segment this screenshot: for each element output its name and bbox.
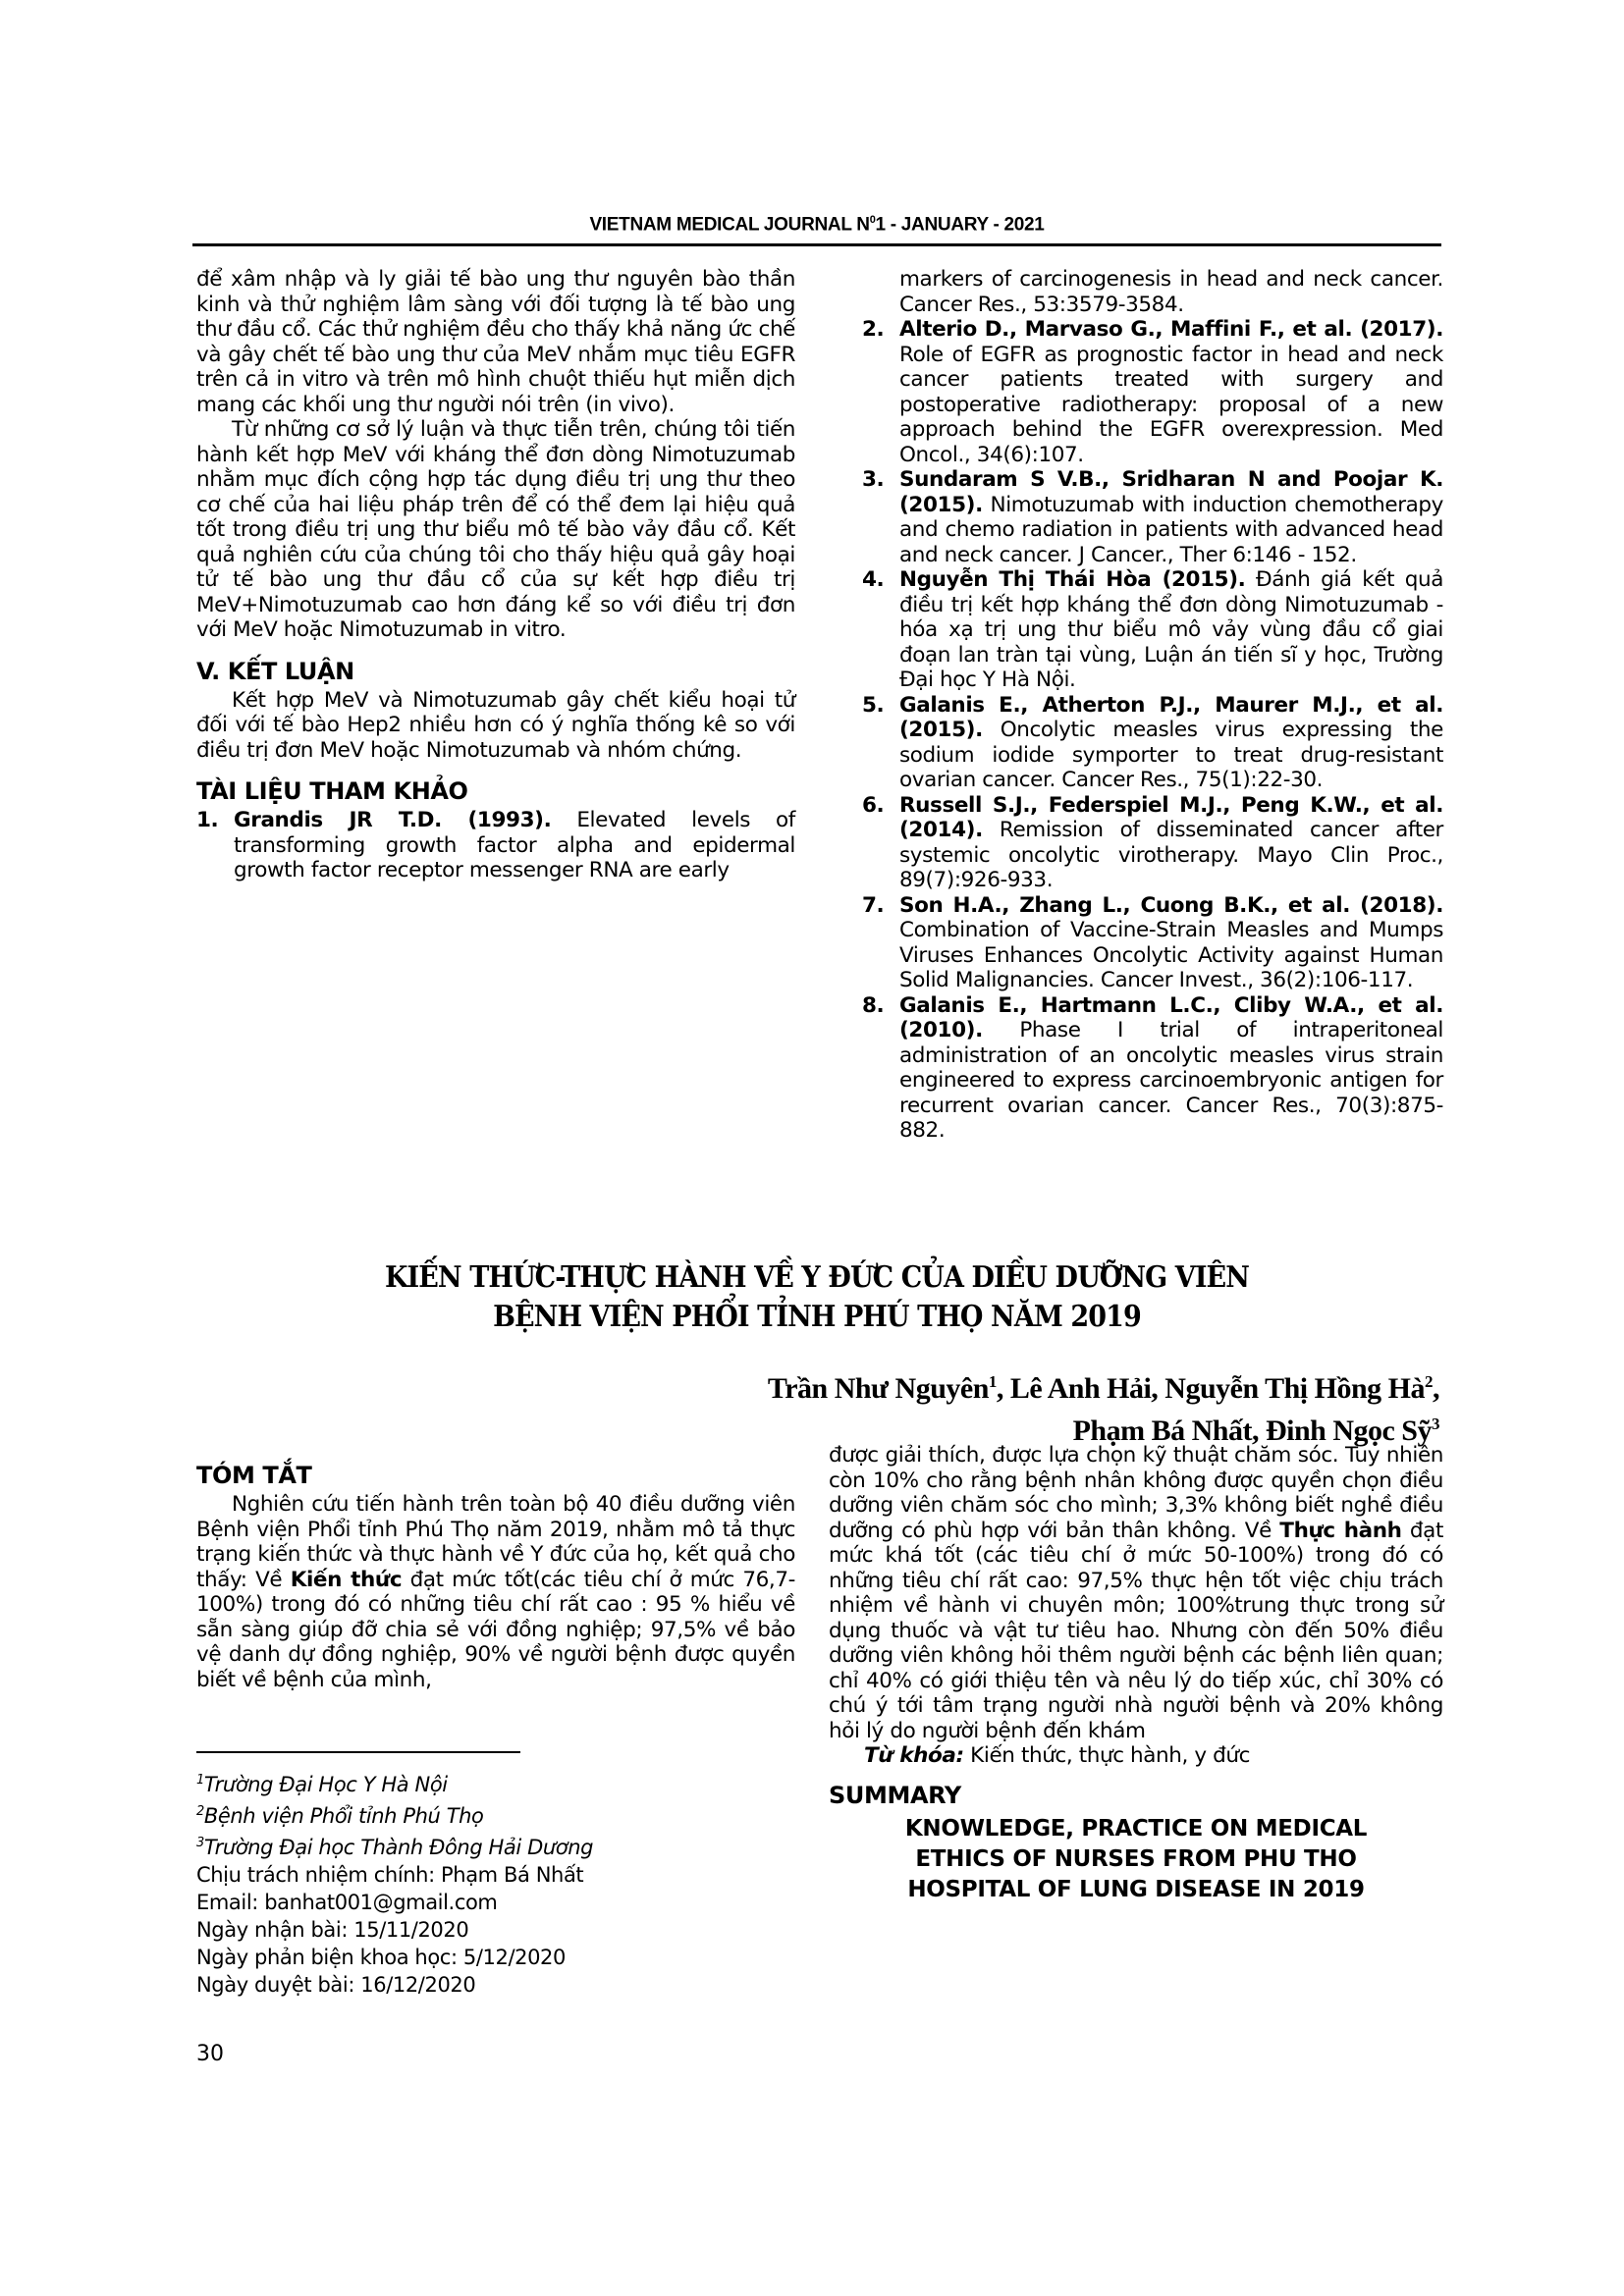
reference-number: 1. xyxy=(196,808,218,833)
section-heading-abstract: TÓM TẮT xyxy=(196,1461,795,1490)
author-list: Trần Như Nguyên1, Lê Anh Hải, Nguyễn Thị… xyxy=(589,1364,1439,1449)
reference-authors: Alterio D., Marvaso G., Maffini F., et a… xyxy=(899,317,1443,342)
footnote-mark: 3 xyxy=(196,1836,204,1850)
reference-number: 7. xyxy=(862,893,884,919)
date-approved: Ngày duyệt bài: 16/12/2020 xyxy=(196,1971,795,1999)
reference-item: 2.Alterio D., Marvaso G., Maffini F., et… xyxy=(862,317,1443,467)
date-received: Ngày nhận bài: 15/11/2020 xyxy=(196,1916,795,1944)
body-paragraph: Từ những cơ sở lý luận và thực tiễn trên… xyxy=(196,417,795,643)
reference-item: 8.Galanis E., Hartmann L.C., Cliby W.A.,… xyxy=(862,993,1443,1144)
affiliation-mark: 1 xyxy=(989,1372,997,1391)
issue-date: 1 - JANUARY - 2021 xyxy=(876,214,1045,235)
right-column-abstract: được giải thích, được lựa chọn kỹ thuật … xyxy=(829,1443,1443,1905)
page-number: 30 xyxy=(196,2042,224,2066)
reference-number: 6. xyxy=(862,793,884,819)
header-rule xyxy=(192,243,1441,246)
left-column-top: để xâm nhập và ly giải tế bào ung thư ng… xyxy=(196,267,795,883)
summary-title-line: KNOWLEDGE, PRACTICE ON MEDICAL xyxy=(829,1814,1443,1844)
reference-text: markers of carcinogenesis in head and ne… xyxy=(899,267,1443,317)
affiliation-text: Trường Đại học Thành Đông Hải Dương xyxy=(204,1836,593,1859)
author-name: Nguyễn Thị Hồng Hà xyxy=(1164,1372,1425,1405)
reference-item: 3.Sundaram S V.B., Sridharan N and Pooja… xyxy=(862,467,1443,567)
article-title-line: KIẾN THỨC-THỰC HÀNH VỀ Y ĐỨC CỦA DIỀU DƯ… xyxy=(255,1258,1380,1298)
reference-authors: Son H.A., Zhang L., Cuong B.K., et al. (… xyxy=(899,893,1443,918)
summary-title-line: ETHICS OF NURSES FROM PHU THO xyxy=(829,1844,1443,1875)
footnote-rule xyxy=(196,1751,520,1753)
article-title-line: BỆNH VIỆN PHỔI TỈNH PHÚ THỌ NĂM 2019 xyxy=(255,1298,1380,1337)
abstract-paragraph: Nghiên cứu tiến hành trên toàn bộ 40 điề… xyxy=(196,1492,795,1692)
reference-item: 4.Nguyễn Thị Thái Hòa (2015). Đánh giá k… xyxy=(862,567,1443,693)
reference-text: Role of EGFR as prognostic factor in hea… xyxy=(899,343,1443,467)
running-header: VIETNAM MEDICAL JOURNAL N01 - JANUARY - … xyxy=(192,214,1441,236)
abstract-keyword-bold: Kiến thức xyxy=(291,1568,402,1592)
footnote-mark: 2 xyxy=(196,1804,204,1819)
reference-number: 2. xyxy=(862,317,884,343)
abstract-keyword-bold: Thực hành xyxy=(1279,1519,1401,1543)
reference-item: 1.Grandis JR T.D. (1993). Elevated level… xyxy=(196,808,795,883)
reference-number: 5. xyxy=(862,693,884,719)
responsible-author: Chịu trách nhiệm chính: Phạm Bá Nhất xyxy=(196,1861,795,1889)
section-heading-conclusion: V. KẾT LUẬN xyxy=(196,657,795,686)
author-name: Trần Như Nguyên xyxy=(768,1372,989,1405)
summary-title-line: HOSPITAL OF LUNG DISEASE IN 2019 xyxy=(829,1875,1443,1905)
contact-email: Email: banhat001@gmail.com xyxy=(196,1889,795,1916)
affiliation-footnote: 3Trường Đại học Thành Đông Hải Dương xyxy=(196,1830,795,1861)
affiliation-text: Trường Đại Học Y Hà Nội xyxy=(204,1773,448,1796)
reference-item: 5.Galanis E., Atherton P.J., Maurer M.J.… xyxy=(862,693,1443,793)
abstract-text: đạt mức khá tốt (các tiêu chí ở mức 50-1… xyxy=(829,1519,1443,1743)
footnote-mark: 1 xyxy=(196,1773,204,1788)
affiliation-footnote: 2Bệnh viện Phổi tỉnh Phú Thọ xyxy=(196,1798,795,1830)
abstract-paragraph-continued: được giải thích, được lựa chọn kỹ thuật … xyxy=(829,1443,1443,1743)
affiliation-mark: 3 xyxy=(1432,1415,1439,1433)
right-column-references: markers of carcinogenesis in head and ne… xyxy=(862,267,1443,1144)
conclusion-paragraph: Kết hợp MeV và Nimotuzumab gây chết kiểu… xyxy=(196,688,795,764)
keywords: Từ khóa: Kiến thức, thực hành, y đức xyxy=(829,1743,1443,1769)
reference-number: 4. xyxy=(862,567,884,593)
left-column-abstract: TÓM TẮT Nghiên cứu tiến hành trên toàn b… xyxy=(196,1461,795,1999)
author-name: Lê Anh Hải xyxy=(1010,1372,1151,1405)
separator: , xyxy=(1433,1372,1439,1405)
keywords-label: Từ khóa: xyxy=(864,1743,964,1768)
reference-number: 3. xyxy=(862,467,884,493)
keywords-text: Kiến thức, thực hành, y đức xyxy=(964,1743,1250,1768)
section-heading-summary: SUMMARY xyxy=(829,1781,1443,1810)
reference-item-continued: markers of carcinogenesis in head and ne… xyxy=(862,267,1443,317)
reference-number: 8. xyxy=(862,993,884,1019)
section-heading-references: TÀI LIỆU THAM KHẢO xyxy=(196,776,795,806)
reference-authors: Nguyễn Thị Thái Hòa (2015). xyxy=(899,567,1245,592)
body-paragraph: để xâm nhập và ly giải tế bào ung thư ng… xyxy=(196,267,795,417)
article-title: KIẾN THỨC-THỰC HÀNH VỀ Y ĐỨC CỦA DIỀU DƯ… xyxy=(255,1258,1380,1337)
date-reviewed: Ngày phản biện khoa học: 5/12/2020 xyxy=(196,1944,795,1971)
reference-authors: Grandis JR T.D. (1993). xyxy=(234,808,551,832)
author-line: Trần Như Nguyên1, Lê Anh Hải, Nguyễn Thị… xyxy=(589,1364,1439,1407)
affiliation-footnote: 1Trường Đại Học Y Hà Nội xyxy=(196,1767,795,1798)
affiliation-text: Bệnh viện Phổi tỉnh Phú Thọ xyxy=(204,1804,484,1828)
reference-text: Combination of Vaccine-Strain Measles an… xyxy=(899,918,1443,992)
separator: , xyxy=(997,1372,1010,1405)
journal-name: VIETNAM MEDICAL JOURNAL N xyxy=(589,214,869,235)
affiliation-mark: 2 xyxy=(1425,1372,1433,1391)
reference-item: 6.Russell S.J., Federspiel M.J., Peng K.… xyxy=(862,793,1443,893)
reference-item: 7.Son H.A., Zhang L., Cuong B.K., et al.… xyxy=(862,893,1443,993)
summary-title: KNOWLEDGE, PRACTICE ON MEDICAL ETHICS OF… xyxy=(829,1814,1443,1905)
separator: , xyxy=(1151,1372,1164,1405)
